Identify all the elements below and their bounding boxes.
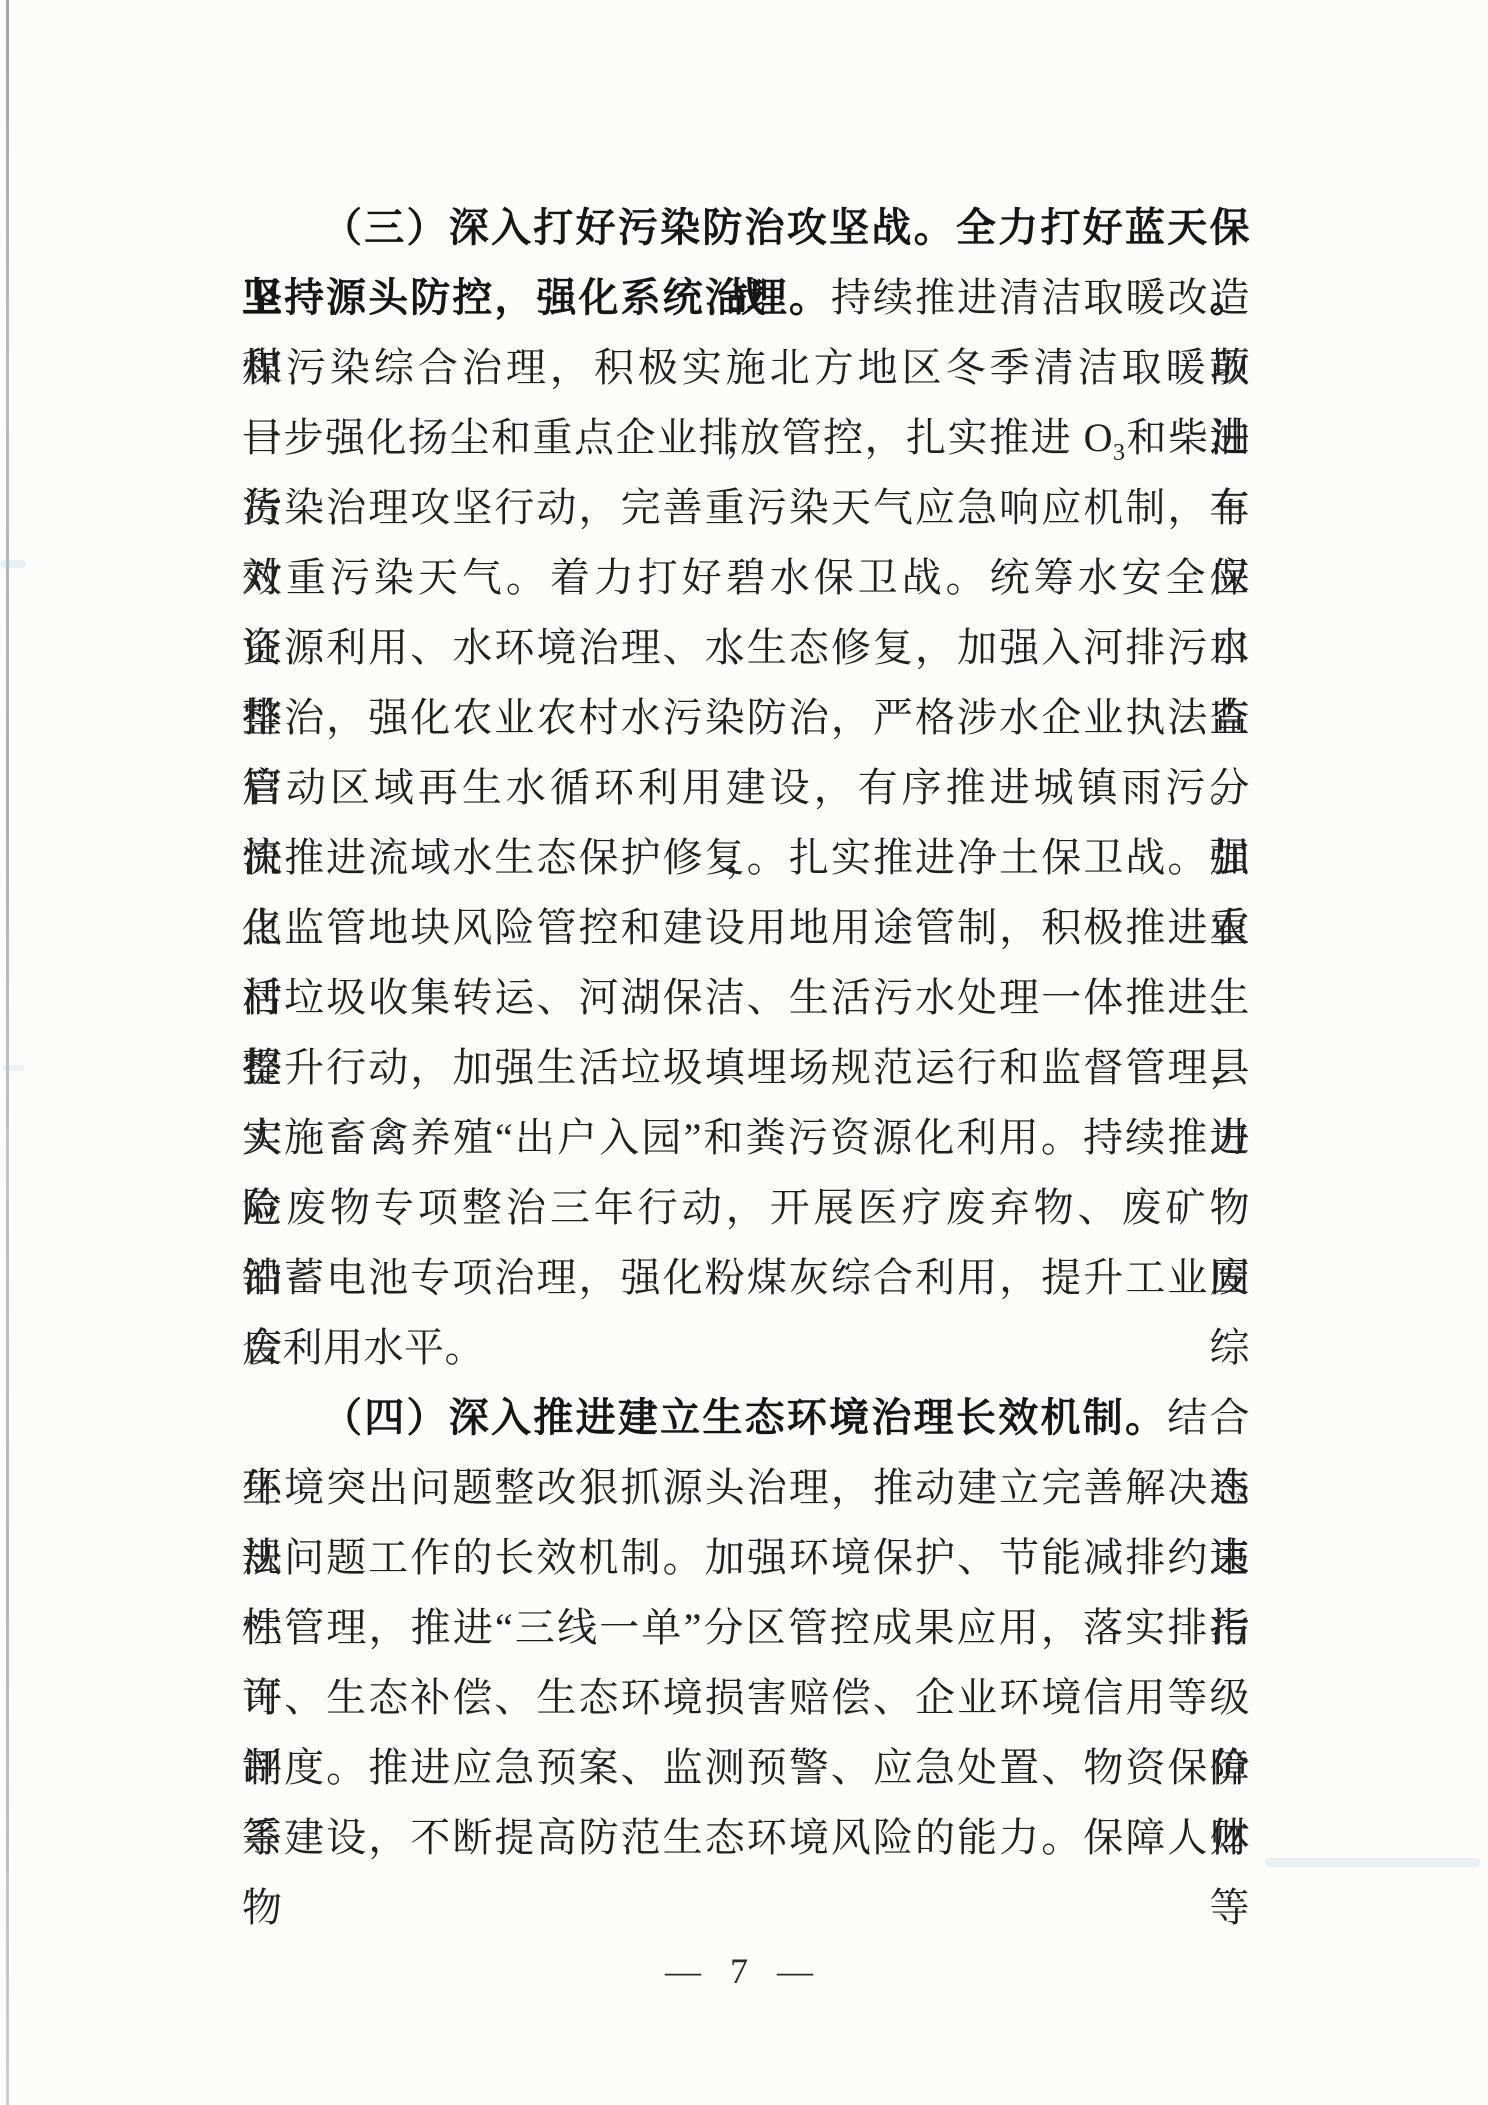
text-line: 制度。推进应急预案、监测预警、应急处置、物资保障等体	[242, 1733, 1250, 1803]
scan-edge-line	[6, 0, 9, 2105]
scan-artifact	[0, 560, 26, 568]
text-line: 活垃圾收集转运、河湖保洁、生活污水处理一体推进、整县	[242, 963, 1250, 1033]
text-line: （四）深入推进建立生态环境治理长效机制。结合生态	[242, 1383, 1250, 1453]
text-line: 快推进流域水生态保护修复。扎实推进净土保卫战。强化重	[242, 823, 1250, 893]
scan-artifact	[1265, 1858, 1480, 1867]
text-line: （三）深入打好污染防治攻坚战。全力打好蓝天保卫战。	[242, 193, 1250, 263]
document-body: （三）深入打好污染防治攻坚战。全力打好蓝天保卫战。坚持源头防控，强化系统治理。持…	[242, 193, 1250, 1873]
text-line: 可、生态补偿、生态环境损害赔偿、企业环境信用等级评价	[242, 1663, 1250, 1733]
text-line: 煤污染综合治理，积极实施北方地区冬季清洁取暖项目，进	[242, 333, 1250, 403]
bold-text-segment: 坚持源头防控，强化系统治理。	[242, 275, 831, 320]
text-segment: 合利用水平。	[242, 1325, 485, 1370]
text-line: 规问题工作的长效机制。加强环境保护、节能减排约束性指	[242, 1523, 1250, 1593]
text-segment: 系建设，不断提高防范生态环境风险的能力。保障人财物等	[242, 1815, 1250, 1930]
page-footer: — 7 —	[0, 1950, 1488, 1992]
text-line: 系建设，不断提高防范生态环境风险的能力。保障人财物等	[242, 1803, 1250, 1873]
bold-text-segment: （四）深入推进建立生态环境治理长效机制。	[322, 1395, 1167, 1440]
text-line: 一步强化扬尘和重点企业排放管控，扎实推进 O3和柴油货车	[242, 403, 1250, 473]
document-page: （三）深入打好污染防治攻坚战。全力打好蓝天保卫战。坚持源头防控，强化系统治理。持…	[0, 0, 1488, 2105]
text-line: 点监管地块风险管控和建设用地用途管制，积极推进农村生	[242, 893, 1250, 963]
text-line: 资源利用、水环境治理、水生态修复，加强入河排污口排查	[242, 613, 1250, 683]
text-line: 险废物专项整治三年行动，开展医疗废弃物、废矿物油、废	[242, 1173, 1250, 1243]
text-line: 整治，强化农业农村水污染防治，严格涉水企业执法监管。	[242, 683, 1250, 753]
text-line: 坚持源头防控，强化系统治理。持续推进清洁取暖改造和散	[242, 263, 1250, 333]
text-line: 实施畜禽养殖“出户入园”和粪污资源化利用。持续推进危	[242, 1103, 1250, 1173]
text-line: 铅蓄电池专项治理，强化粉煤灰综合利用，提升工业固废综	[242, 1243, 1250, 1313]
text-line: 污染治理攻坚行动，完善重污染天气应急响应机制，有效应	[242, 473, 1250, 543]
text-line: 提升行动，加强生活垃圾填埋场规范运行和监督管理，大力	[242, 1033, 1250, 1103]
subscript-text-segment: 3	[1113, 440, 1126, 466]
text-segment: 一步强化扬尘和重点企业排放管控，扎实推进 O	[242, 415, 1113, 460]
page-number: — 7 —	[665, 1951, 823, 1991]
text-line: 对重污染天气。着力打好碧水保卫战。统筹水安全保证、水	[242, 543, 1250, 613]
text-line: 启动区域再生水循环利用建设，有序推进城镇雨污分流，加	[242, 753, 1250, 823]
text-line: 标管理，推进“三线一单”分区管控成果应用，落实排污许	[242, 1593, 1250, 1663]
text-line: 环境突出问题整改狠抓源头治理，推动建立完善解决违法违	[242, 1453, 1250, 1523]
